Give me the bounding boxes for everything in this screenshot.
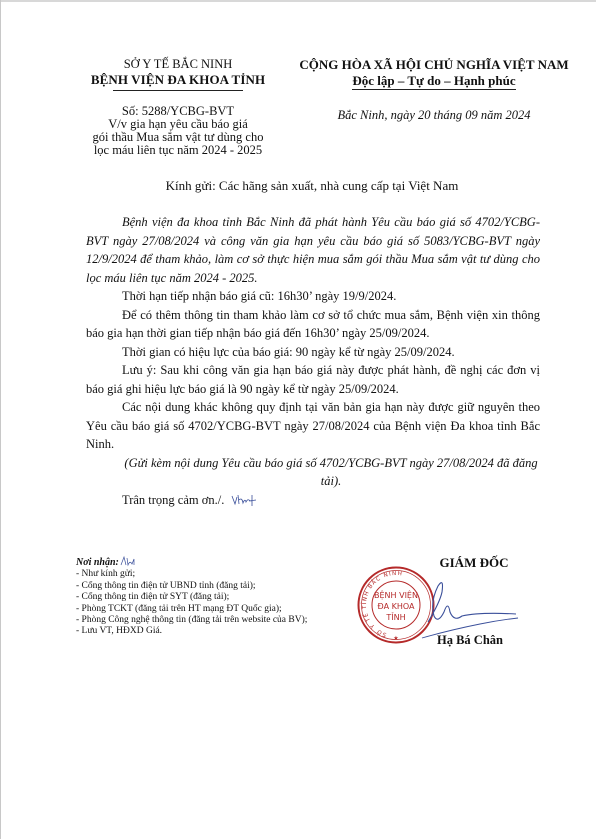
subject-line: lọc máu liên tục năm 2024 - 2025: [62, 144, 294, 157]
initial-signature-icon: [119, 555, 137, 567]
department-name: SỞ Y TẾ BẮC NINH: [62, 57, 294, 72]
initial-signature-icon: [230, 493, 258, 507]
recipient-item: - Cổng thông tin điện tử UBND tỉnh (đăng…: [76, 581, 366, 592]
signer-role: GIÁM ĐỐC: [410, 555, 530, 570]
addressee: Kính gửi: Các hãng sản xuất, nhà cung cấ…: [62, 178, 562, 194]
document-page: SỞ Y TẾ BẮC NINH BỆNH VIỆN ĐA KHOA TỈNH …: [0, 0, 596, 839]
validity-paragraph: Thời gian có hiệu lực của báo giá: 90 ng…: [86, 343, 540, 362]
closing-paragraph: Trân trọng cảm ơn./.: [86, 491, 540, 510]
recipient-item: - Phòng Công nghệ thông tin (đăng tải tr…: [76, 615, 366, 626]
recipient-item: - Như kính gửi;: [76, 569, 366, 580]
signer-block: GIÁM ĐỐC Hạ Bá Chân: [410, 555, 530, 570]
old-deadline-paragraph: Thời hạn tiếp nhận báo giá cũ: 16h30’ ng…: [86, 287, 540, 306]
svg-text:★: ★: [393, 635, 398, 642]
recipient-item: - Lưu VT, HĐXD Giá.: [76, 626, 366, 637]
stamp-line: TỈNH: [385, 611, 405, 622]
place-date: Bắc Ninh, ngày 20 tháng 09 năm 2024: [284, 108, 584, 123]
document-number: Số: 5288/YCBG-BVT: [62, 104, 294, 118]
other-content-paragraph: Các nội dung khác không quy định tại văn…: [86, 398, 540, 454]
stamp-line: ĐA KHOA: [378, 602, 415, 611]
recipient-item: - Cổng thông tin điện tử SYT (đăng tải);: [76, 592, 366, 603]
recipients-block: Nơi nhận: - Như kính gửi; - Cổng thông t…: [76, 555, 366, 638]
extension-paragraph: Để có thêm thông tin tham khảo làm cơ sở…: [86, 306, 540, 343]
organization-name: BỆNH VIỆN ĐA KHOA TỈNH: [62, 72, 294, 88]
attachment-note: (Gửi kèm nội dung Yêu cầu báo giá số 470…: [86, 454, 540, 491]
national-title: CỘNG HÒA XÃ HỘI CHỦ NGHĨA VIỆT NAM: [284, 57, 584, 72]
recipient-item: - Phòng TCKT (đăng tải trên HT mạng ĐT Q…: [76, 604, 366, 615]
intro-paragraph: Bệnh viện đa khoa tỉnh Bắc Ninh đã phát …: [86, 213, 540, 287]
recipients-title: Nơi nhận:: [76, 557, 119, 568]
handwritten-signature-icon: [420, 572, 520, 642]
closing-text: Trân trọng cảm ơn./.: [122, 493, 224, 507]
note-paragraph: Lưu ý: Sau khi công văn gia hạn báo giá …: [86, 361, 540, 398]
issuer-block: SỞ Y TẾ BẮC NINH BỆNH VIỆN ĐA KHOA TỈNH …: [62, 57, 294, 157]
national-motto: Độc lập – Tự do – Hạnh phúc: [352, 73, 515, 90]
organization-underline: [113, 90, 243, 91]
page-edge-left: [0, 0, 1, 839]
stamp-line: BỆNH VIỆN: [374, 589, 418, 601]
page-edge-top: [0, 0, 596, 2]
document-body: Bệnh viện đa khoa tỉnh Bắc Ninh đã phát …: [86, 213, 540, 509]
national-header: CỘNG HÒA XÃ HỘI CHỦ NGHĨA VIỆT NAM Độc l…: [284, 57, 584, 123]
